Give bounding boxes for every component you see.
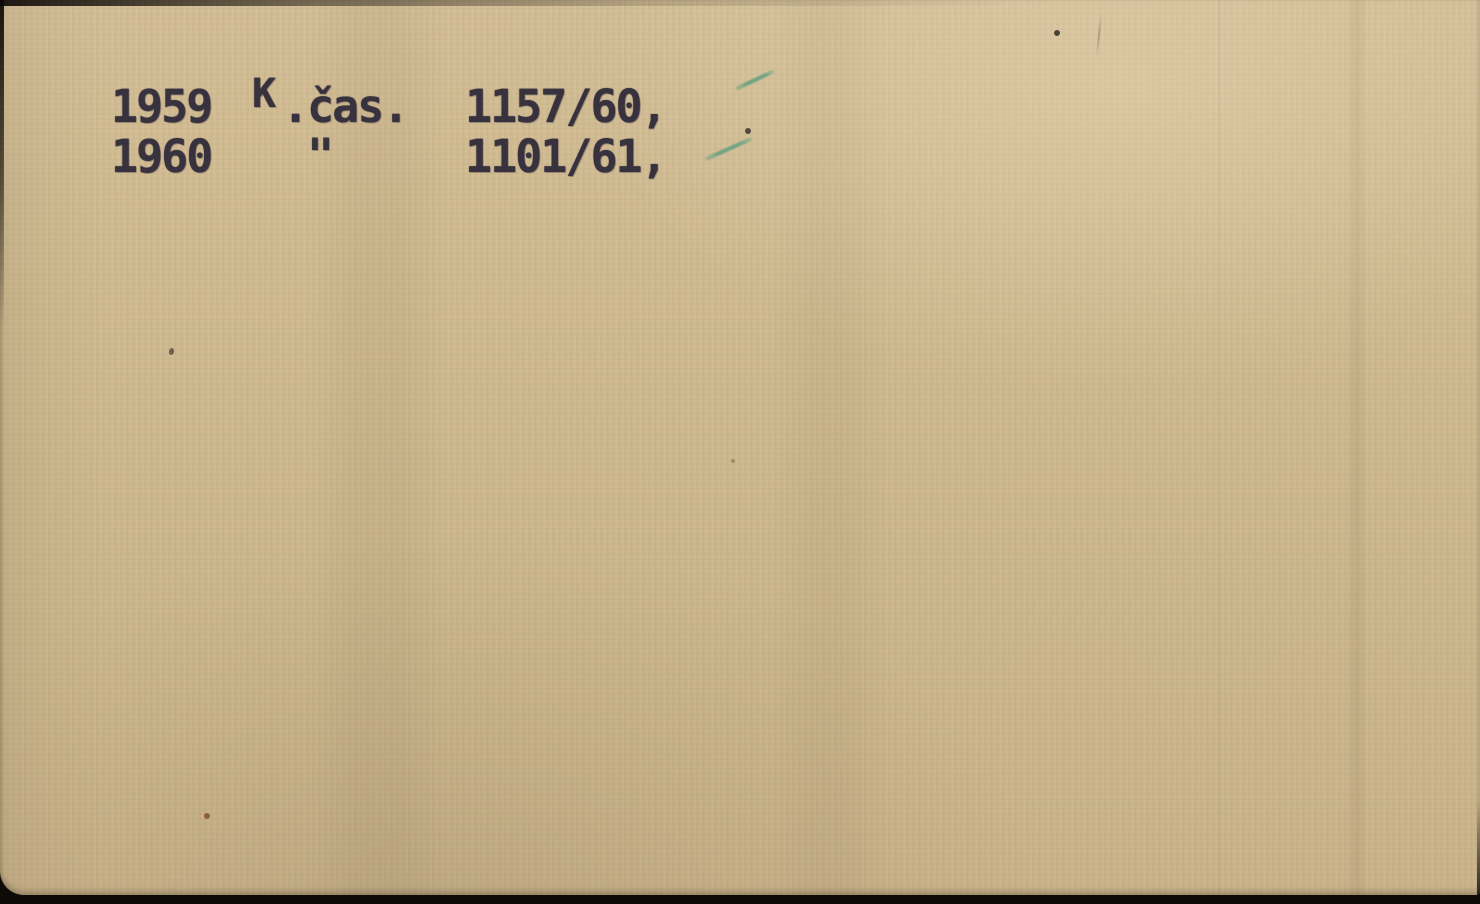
paper-speck (745, 128, 751, 134)
scan-top-edge-shadow (0, 0, 1066, 6)
entry-1959-reference: 1157/60, (465, 84, 666, 129)
paper-scratch (1096, 12, 1103, 58)
entry-1959-abbr-initial: K (252, 74, 274, 114)
pencil-check-mark-2 (704, 137, 752, 161)
scan-background: 1959 K .čas. 1157/60, 1960 " 1101/61, (0, 0, 1480, 904)
entry-1959-year: 1959 (111, 84, 211, 129)
pencil-check-mark-1 (735, 69, 775, 90)
entry-1960-reference: 1101/61, (465, 134, 666, 179)
entry-1960-ditto-mark: " (307, 133, 332, 178)
entry-1960-year: 1960 (111, 134, 211, 179)
paper-speck (731, 459, 735, 463)
index-card: 1959 K .čas. 1157/60, 1960 " 1101/61, (0, 0, 1480, 895)
scan-left-edge-shadow (0, 0, 4, 330)
paper-speck (1054, 30, 1060, 36)
paper-speck (204, 813, 210, 819)
entry-1959-abbr-rest: .čas. (282, 84, 407, 129)
paper-crease (1218, 0, 1220, 895)
paper-speck (168, 347, 175, 355)
